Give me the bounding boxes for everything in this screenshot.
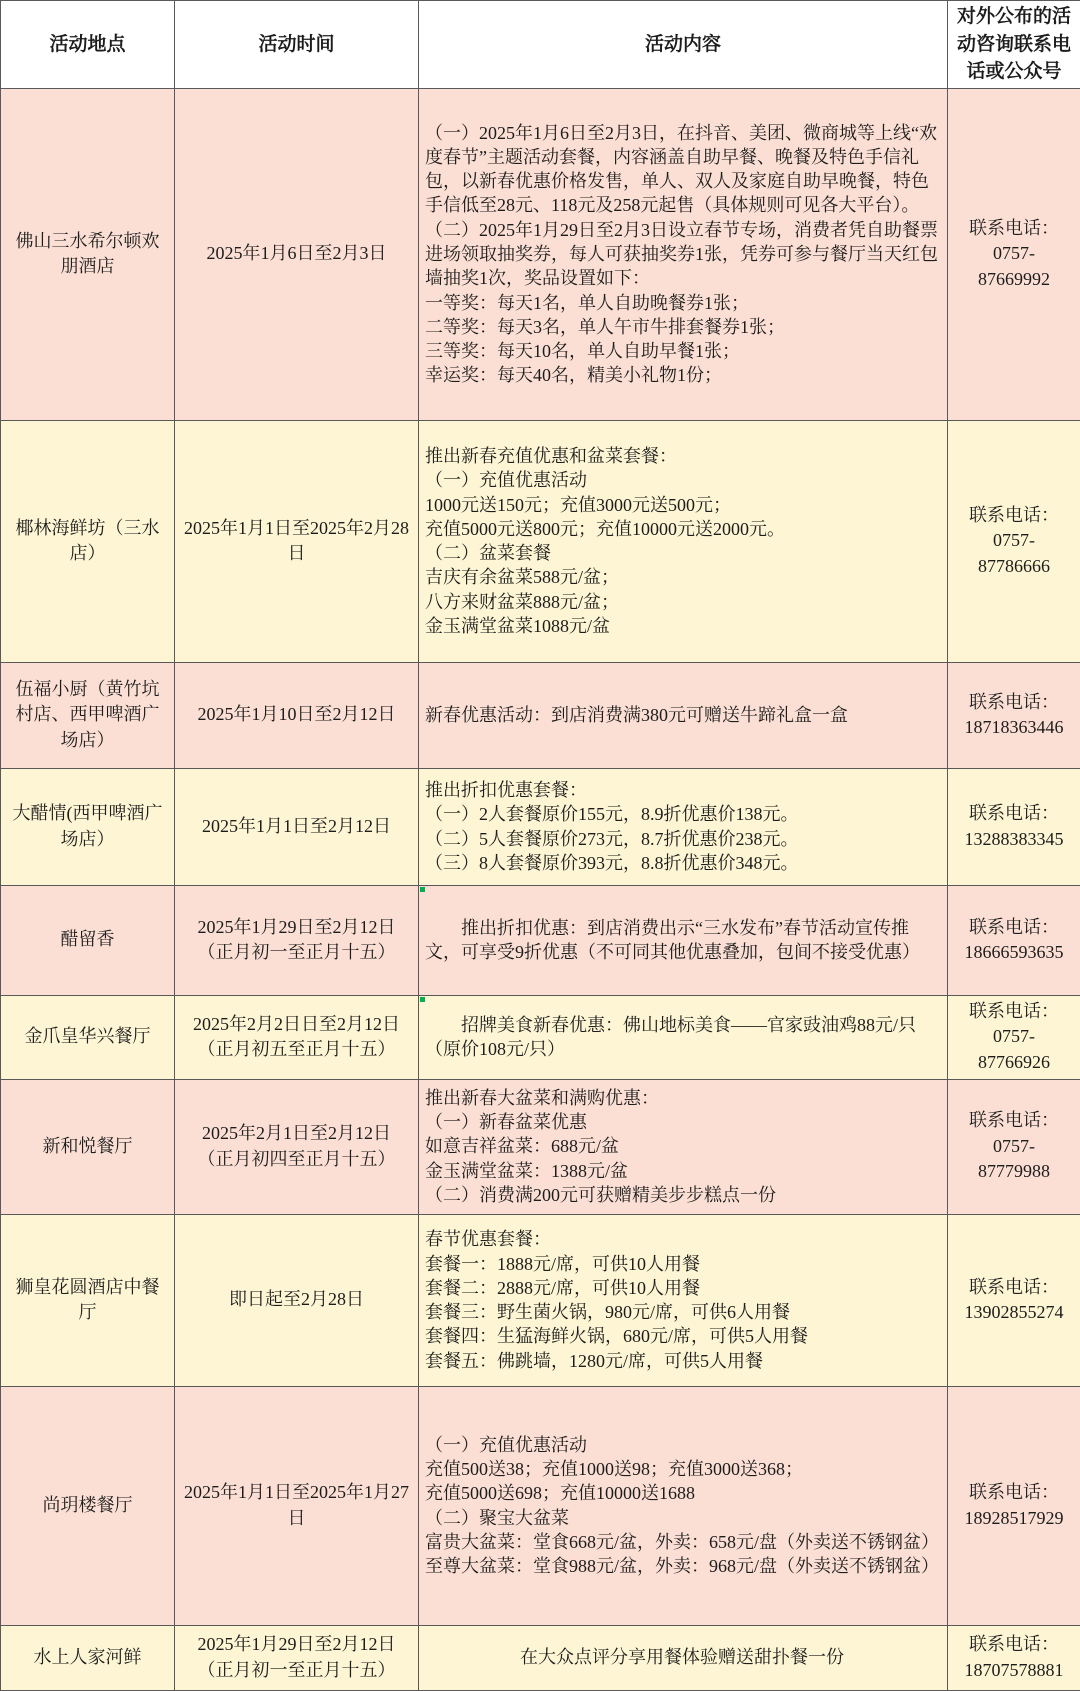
content-paragraph: （一）2人套餐原价155元，8.9折优惠价138元。 (425, 802, 939, 826)
header-location: 活动地点 (1, 1, 175, 89)
contact-line: 18718363446 (954, 715, 1074, 741)
content-paragraph: 幸运奖：每天40名，精美小礼物1份； (425, 363, 939, 387)
time-line: （正月初四至正月十五） (181, 1147, 412, 1173)
location-cell: 金爪皇华兴餐厅 (1, 995, 175, 1079)
content-paragraph: 八方来财盆菜888元/盆； (425, 590, 939, 614)
contact-cell: 联系电话：18718363446 (948, 662, 1080, 768)
content-paragraph: 推出折扣优惠：到店消费出示“三水发布”春节活动宣传推文，可享受9折优惠（不可同其… (425, 916, 939, 965)
content-paragraph: （一）新春盆菜优惠 (425, 1110, 939, 1134)
content-paragraph: 套餐三：野生菌火锅，980元/席，可供6人用餐 (425, 1300, 939, 1324)
time-cell: 2025年1月10日至2月12日 (175, 662, 419, 768)
contact-line: 联系电话： (954, 999, 1074, 1025)
time-line: 即日起至2月28日 (181, 1287, 412, 1313)
location-cell: 尚玥楼餐厅 (1, 1386, 175, 1625)
content-paragraph: 至尊大盆菜：堂食988元/盆，外卖：968元/盘（外卖送不锈钢盆） (425, 1554, 939, 1578)
contact-line: 联系电话： (954, 915, 1074, 941)
header-row: 活动地点 活动时间 活动内容 对外公布的活动咨询联系电话或公众号 (1, 1, 1080, 89)
location-cell: 椰林海鲜坊（三水店） (1, 420, 175, 662)
table-row: 尚玥楼餐厅 2025年1月1日至2025年1月27日 （一）充值优惠活动充值50… (1, 1386, 1080, 1625)
content-paragraph: （二）5人套餐原价273元，8.7折优惠价238元。 (425, 827, 939, 851)
time-cell: 2025年1月1日至2025年2月28日 (175, 420, 419, 662)
table-row: 狮皇花圆酒店中餐厅 即日起至2月28日 春节优惠套餐：套餐一：1888元/席，可… (1, 1214, 1080, 1386)
location-cell: 水上人家河鲜 (1, 1625, 175, 1690)
content-paragraph: 充值500送38；充值1000送98；充值3000送368； (425, 1457, 939, 1481)
contact-line: 0757- (954, 241, 1074, 267)
content-paragraph: （二）2025年1月29日至2月3日设立春节专场，消费者凭自助餐票进场领取抽奖券… (425, 218, 939, 291)
table-row: 椰林海鲜坊（三水店） 2025年1月1日至2025年2月28日 推出新春充值优惠… (1, 420, 1080, 662)
content-cell: 推出新春充值优惠和盆菜套餐：（一）充值优惠活动1000元送150元；充值3000… (419, 420, 948, 662)
time-line: （正月初五至正月十五） (181, 1037, 412, 1063)
location-cell: 醋留香 (1, 885, 175, 995)
contact-line: 联系电话： (954, 690, 1074, 716)
contact-cell: 联系电话：0757-87779988 (948, 1079, 1080, 1214)
contact-line: 0757- (954, 528, 1074, 554)
location-cell: 新和悦餐厅 (1, 1079, 175, 1214)
content-paragraph: 套餐五：佛跳墙，1280元/席，可供5人用餐 (425, 1349, 939, 1373)
time-line: 2025年1月29日至2月12日 (181, 1632, 412, 1658)
table-row: 新和悦餐厅 2025年2月1日至2月12日（正月初四至正月十五） 推出新春大盆菜… (1, 1079, 1080, 1214)
time-cell: 2025年1月1日至2月12日 (175, 768, 419, 885)
time-line: 2025年1月10日至2月12日 (181, 702, 412, 728)
time-cell: 即日起至2月28日 (175, 1214, 419, 1386)
time-cell: 2025年2月2日日至2月12日（正月初五至正月十五） (175, 995, 419, 1079)
content-paragraph: 招牌美食新春优惠：佛山地标美食——官家豉油鸡88元/只（原价108元/只） (425, 1013, 939, 1062)
contact-line: 联系电话： (954, 1108, 1074, 1134)
time-cell: 2025年1月6日至2月3日 (175, 88, 419, 420)
content-cell: 推出新春大盆菜和满购优惠：（一）新春盆菜优惠如意吉祥盆菜：688元/盆金玉满堂盆… (419, 1079, 948, 1214)
contact-cell: 联系电话：18666593635 (948, 885, 1080, 995)
time-line: 2025年1月1日至2月12日 (181, 814, 412, 840)
time-line: 2025年1月6日至2月3日 (181, 241, 412, 267)
contact-line: 联系电话： (954, 1632, 1074, 1658)
contact-line: 联系电话： (954, 801, 1074, 827)
contact-cell: 联系电话：18928517929 (948, 1386, 1080, 1625)
content-paragraph: 三等奖：每天10名，单人自助早餐1张； (425, 339, 939, 363)
contact-line: 13902855274 (954, 1300, 1074, 1326)
contact-line: 87779988 (954, 1159, 1074, 1185)
content-paragraph: 新春优惠活动：到店消费满380元可赠送牛蹄礼盒一盒 (425, 703, 939, 727)
content-paragraph: 1000元送150元；充值3000元送500元； (425, 493, 939, 517)
contact-cell: 联系电话：18707578881 (948, 1625, 1080, 1690)
content-cell: 推出折扣优惠：到店消费出示“三水发布”春节活动宣传推文，可享受9折优惠（不可同其… (419, 885, 948, 995)
content-paragraph: 春节优惠套餐： (425, 1227, 939, 1251)
promotions-document: 活动地点 活动时间 活动内容 对外公布的活动咨询联系电话或公众号 佛山三水希尔顿… (0, 0, 1080, 1691)
contact-line: 13288383345 (954, 827, 1074, 853)
content-paragraph: 吉庆有余盆菜588元/盆； (425, 565, 939, 589)
contact-line: 联系电话： (954, 216, 1074, 242)
table-row: 水上人家河鲜 2025年1月29日至2月12日（正月初一至正月十五） 在大众点评… (1, 1625, 1080, 1690)
contact-line: 87766926 (954, 1050, 1074, 1076)
location-cell: 狮皇花圆酒店中餐厅 (1, 1214, 175, 1386)
contact-line: 联系电话： (954, 503, 1074, 529)
content-cell: 新春优惠活动：到店消费满380元可赠送牛蹄礼盒一盒 (419, 662, 948, 768)
contact-line: 0757- (954, 1024, 1074, 1050)
content-paragraph: 金玉满堂盆菜：1388元/盆 (425, 1159, 939, 1183)
content-paragraph: 充值5000元送800元；充值10000元送2000元。 (425, 517, 939, 541)
content-paragraph: 充值5000送698；充值10000送1688 (425, 1481, 939, 1505)
table-row: 大醋情(西甲啤酒广场店） 2025年1月1日至2月12日 推出折扣优惠套餐：（一… (1, 768, 1080, 885)
location-cell: 大醋情(西甲啤酒广场店） (1, 768, 175, 885)
time-line: 2025年1月1日至2025年1月27日 (181, 1480, 412, 1531)
table-row: 金爪皇华兴餐厅 2025年2月2日日至2月12日（正月初五至正月十五） 招牌美食… (1, 995, 1080, 1079)
content-paragraph: 推出折扣优惠套餐： (425, 778, 939, 802)
time-line: （正月初一至正月十五） (181, 940, 412, 966)
contact-line: 联系电话： (954, 1480, 1074, 1506)
content-paragraph: 套餐二：2888元/席，可供10人用餐 (425, 1276, 939, 1300)
content-paragraph: 在大众点评分享用餐体验赠送甜扑餐一份 (425, 1645, 939, 1669)
header-content: 活动内容 (419, 1, 948, 89)
content-paragraph: 一等奖：每天1名，单人自助晚餐券1张； (425, 291, 939, 315)
contact-cell: 联系电话：0757-87766926 (948, 995, 1080, 1079)
contact-cell: 联系电话：0757-87669992 (948, 88, 1080, 420)
content-paragraph: （三）8人套餐原价393元，8.8折优惠价348元。 (425, 851, 939, 875)
content-paragraph: 套餐四：生猛海鲜火锅，680元/席，可供5人用餐 (425, 1324, 939, 1348)
time-line: 2025年1月29日至2月12日 (181, 915, 412, 941)
contact-line: 18666593635 (954, 940, 1074, 966)
content-cell: 在大众点评分享用餐体验赠送甜扑餐一份 (419, 1625, 948, 1690)
time-cell: 2025年2月1日至2月12日（正月初四至正月十五） (175, 1079, 419, 1214)
content-paragraph: 富贵大盆菜：堂食668元/盆，外卖：658元/盘（外卖送不锈钢盆） (425, 1530, 939, 1554)
location-cell: 伍福小厨（黄竹坑村店、西甲啤酒广场店） (1, 662, 175, 768)
content-paragraph: 如意吉祥盆菜：688元/盆 (425, 1134, 939, 1158)
contact-cell: 联系电话：13288383345 (948, 768, 1080, 885)
header-time: 活动时间 (175, 1, 419, 89)
contact-line: 18928517929 (954, 1506, 1074, 1532)
time-line: （正月初一至正月十五） (181, 1658, 412, 1684)
content-paragraph: （一）充值优惠活动 (425, 468, 939, 492)
time-line: 2025年1月1日至2025年2月28日 (181, 516, 412, 567)
content-paragraph: （二）聚宝大盆菜 (425, 1506, 939, 1530)
content-paragraph: （二）消费满200元可获赠精美步步糕点一份 (425, 1183, 939, 1207)
content-cell: 推出折扣优惠套餐：（一）2人套餐原价155元，8.9折优惠价138元。（二）5人… (419, 768, 948, 885)
content-paragraph: （二）盆菜套餐 (425, 541, 939, 565)
time-cell: 2025年1月29日至2月12日（正月初一至正月十五） (175, 885, 419, 995)
contact-line: 0757- (954, 1134, 1074, 1160)
contact-line: 87669992 (954, 267, 1074, 293)
time-cell: 2025年1月1日至2025年1月27日 (175, 1386, 419, 1625)
content-cell: 春节优惠套餐：套餐一：1888元/席，可供10人用餐套餐二：2888元/席，可供… (419, 1214, 948, 1386)
contact-cell: 联系电话：0757-87786666 (948, 420, 1080, 662)
content-paragraph: （一）充值优惠活动 (425, 1433, 939, 1457)
time-cell: 2025年1月29日至2月12日（正月初一至正月十五） (175, 1625, 419, 1690)
contact-line: 联系电话： (954, 1275, 1074, 1301)
time-line: 2025年2月2日日至2月12日 (181, 1012, 412, 1038)
promotions-table: 活动地点 活动时间 活动内容 对外公布的活动咨询联系电话或公众号 佛山三水希尔顿… (0, 0, 1080, 1691)
content-paragraph: 二等奖：每天3名，单人午市牛排套餐券1张； (425, 315, 939, 339)
content-cell: 招牌美食新春优惠：佛山地标美食——官家豉油鸡88元/只（原价108元/只） (419, 995, 948, 1079)
time-line: 2025年2月1日至2月12日 (181, 1121, 412, 1147)
content-paragraph: 推出新春大盆菜和满购优惠： (425, 1086, 939, 1110)
content-paragraph: 金玉满堂盆菜1088元/盆 (425, 614, 939, 638)
content-cell: （一）充值优惠活动充值500送38；充值1000送98；充值3000送368；充… (419, 1386, 948, 1625)
contact-line: 87786666 (954, 554, 1074, 580)
location-cell: 佛山三水希尔顿欢朋酒店 (1, 88, 175, 420)
content-paragraph: 套餐一：1888元/席，可供10人用餐 (425, 1252, 939, 1276)
content-paragraph: （一）2025年1月6日至2月3日，在抖音、美团、微商城等上线“欢度春节”主题活… (425, 121, 939, 218)
table-row: 佛山三水希尔顿欢朋酒店 2025年1月6日至2月3日 （一）2025年1月6日至… (1, 88, 1080, 420)
table-row: 伍福小厨（黄竹坑村店、西甲啤酒广场店） 2025年1月10日至2月12日 新春优… (1, 662, 1080, 768)
header-contact: 对外公布的活动咨询联系电话或公众号 (948, 1, 1080, 89)
contact-line: 18707578881 (954, 1658, 1074, 1684)
table-row: 醋留香 2025年1月29日至2月12日（正月初一至正月十五） 推出折扣优惠：到… (1, 885, 1080, 995)
contact-cell: 联系电话：13902855274 (948, 1214, 1080, 1386)
content-paragraph: 推出新春充值优惠和盆菜套餐： (425, 444, 939, 468)
content-cell: （一）2025年1月6日至2月3日，在抖音、美团、微商城等上线“欢度春节”主题活… (419, 88, 948, 420)
